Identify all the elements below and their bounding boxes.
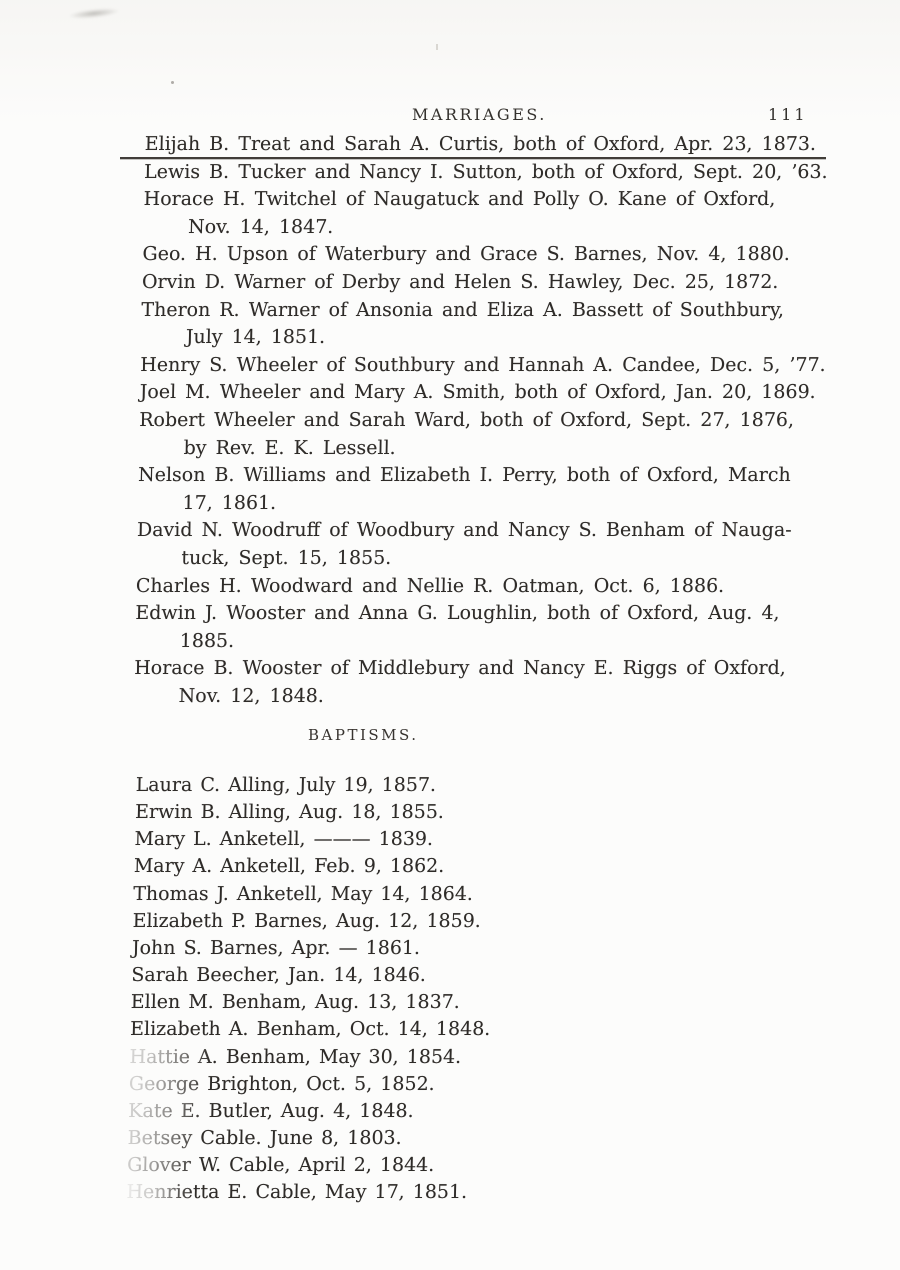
baptism-record: Henrietta E. Cable, May 17, 1851.: [126, 1179, 787, 1206]
marriage-record: Nelson B. Williams and Elizabeth I. Perr…: [137, 462, 833, 517]
baptism-record: Kate E. Butler, Aug. 4, 1848.: [128, 1098, 789, 1125]
marriage-record: Charles H. Woodward and Nellie R. Oatman…: [136, 573, 832, 601]
marriage-record: Theron R. Warner of Ansonia and Eliza A.…: [141, 297, 837, 352]
baptism-record: Thomas J. Anketell, May 14, 1864.: [133, 881, 794, 908]
marriage-records-list: Elijah B. Treat and Sarah A. Curtis, bot…: [133, 131, 840, 710]
scan-speck: [171, 81, 174, 84]
section-title-marriages: MARRIAGES.: [412, 105, 547, 124]
baptism-record: Betsey Cable. June 8, 1803.: [127, 1125, 788, 1152]
scan-speck: [436, 44, 438, 50]
marriage-record: Horace H. Twitchel of Naugatuck and Poll…: [143, 186, 839, 241]
marriage-record: Joel M. Wheeler and Mary A. Smith, both …: [139, 379, 835, 407]
ruled-underline: [120, 157, 826, 159]
baptism-record: Hattie A. Benham, May 30, 1854.: [129, 1044, 790, 1071]
scanned-book-page: MARRIAGES. 111 Elijah B. Treat and Sarah…: [0, 0, 900, 1270]
marriage-record: Horace B. Wooster of Middlebury and Nanc…: [133, 655, 829, 710]
baptism-records-list: Laura C. Alling, July 19, 1857. Erwin B.…: [126, 772, 796, 1207]
marriage-record: Orvin D. Warner of Derby and Helen S. Ha…: [142, 269, 838, 297]
marriage-record: Geo. H. Upson of Waterbury and Grace S. …: [142, 241, 838, 269]
marriage-record: Lewis B. Tucker and Nancy I. Sutton, bot…: [144, 159, 840, 187]
marriage-record: Edwin J. Wooster and Anna G. Loughlin, b…: [134, 600, 830, 655]
page-number: 111: [768, 105, 808, 124]
marriage-record: Elijah B. Treat and Sarah A. Curtis, bot…: [144, 131, 840, 159]
marriage-record: Henry S. Wheeler of Southbury and Hannah…: [140, 352, 836, 380]
baptism-record: Mary L. Anketell, ——— 1839.: [134, 826, 795, 853]
baptism-record: Ellen M. Benham, Aug. 13, 1837.: [130, 989, 791, 1016]
baptism-record: John S. Barnes, Apr. — 1861.: [132, 935, 793, 962]
baptism-record: Glover W. Cable, April 2, 1844.: [127, 1152, 788, 1179]
baptism-record: Elizabeth P. Barnes, Aug. 12, 1859.: [132, 908, 793, 935]
baptism-record: Laura C. Alling, July 19, 1857.: [135, 772, 796, 799]
section-title-baptisms: BAPTISMS.: [308, 726, 419, 744]
scan-smudge: [68, 6, 121, 20]
marriage-record: Robert Wheeler and Sarah Ward, both of O…: [138, 407, 834, 462]
baptism-record: Elizabeth A. Benham, Oct. 14, 1848.: [130, 1016, 791, 1043]
baptism-record: George Brighton, Oct. 5, 1852.: [129, 1071, 790, 1098]
baptism-record: Sarah Beecher, Jan. 14, 1846.: [131, 962, 792, 989]
baptism-record: Mary A. Anketell, Feb. 9, 1862.: [134, 853, 795, 880]
baptism-record: Erwin B. Alling, Aug. 18, 1855.: [135, 799, 796, 826]
marriage-record: David N. Woodruff of Woodbury and Nancy …: [136, 517, 832, 572]
